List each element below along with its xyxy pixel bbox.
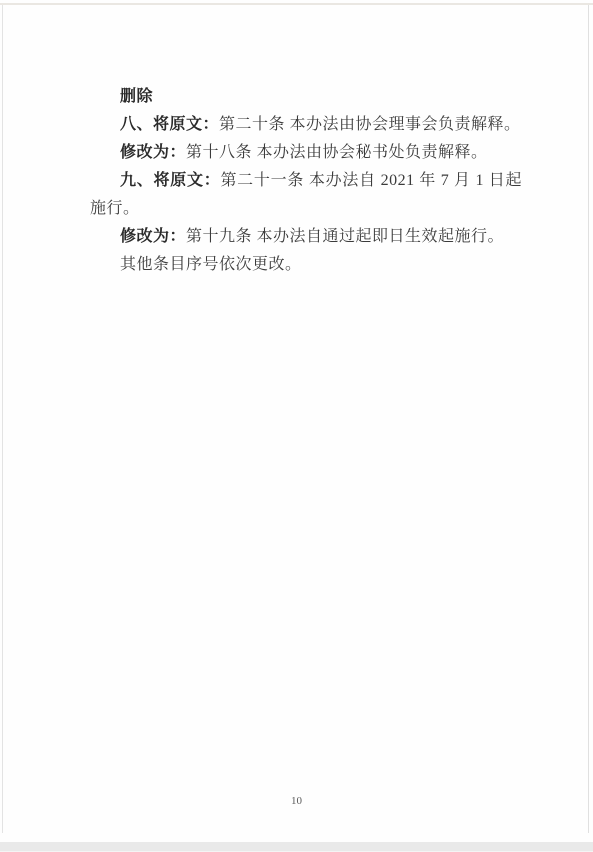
page-top-edge [0, 3, 593, 5]
paragraph-text: 第十九条 本办法自通过起即日生效起施行。 [186, 228, 504, 245]
document-text-block: 删除 八、将原文：第二十条 本办法由协会理事会负责解释。 修改为：第十八条 本办… [90, 83, 522, 279]
document-page-view: { "document": { "paragraphs": [ { "label… [0, 0, 593, 852]
page-number: 10 [0, 795, 593, 807]
page-right-edge [588, 5, 589, 833]
paragraph-label: 修改为： [120, 228, 186, 245]
paragraph-label: 修改为： [120, 144, 186, 161]
page-left-edge [2, 5, 3, 833]
paragraph-text: 第二十条 本办法由协会理事会负责解释。 [219, 116, 521, 133]
paragraph-item-8-revised: 修改为：第十八条 本办法由协会秘书处负责解释。 [90, 139, 522, 167]
paragraph-item-9-revised: 修改为：第十九条 本办法自通过起即日生效起施行。 [90, 223, 522, 251]
paragraph-text: 其他条目序号依次更改。 [120, 256, 302, 273]
page-gap-strip [0, 842, 593, 852]
document-page: 删除 八、将原文：第二十条 本办法由协会理事会负责解释。 修改为：第十八条 本办… [0, 0, 593, 843]
paragraph-label: 八、将原文： [120, 116, 219, 133]
paragraph-item-8-original: 八、将原文：第二十条 本办法由协会理事会负责解释。 [90, 111, 522, 139]
paragraph-label: 删除 [120, 88, 153, 105]
paragraph-label: 九、将原文： [120, 172, 220, 189]
paragraph-other-items-note: 其他条目序号依次更改。 [90, 251, 522, 279]
paragraph-delete-heading: 删除 [90, 83, 522, 111]
paragraph-item-9-original: 九、将原文：第二十一条 本办法自 2021 年 7 月 1 日起施行。 [90, 167, 522, 223]
paragraph-text: 第十八条 本办法由协会秘书处负责解释。 [186, 144, 488, 161]
